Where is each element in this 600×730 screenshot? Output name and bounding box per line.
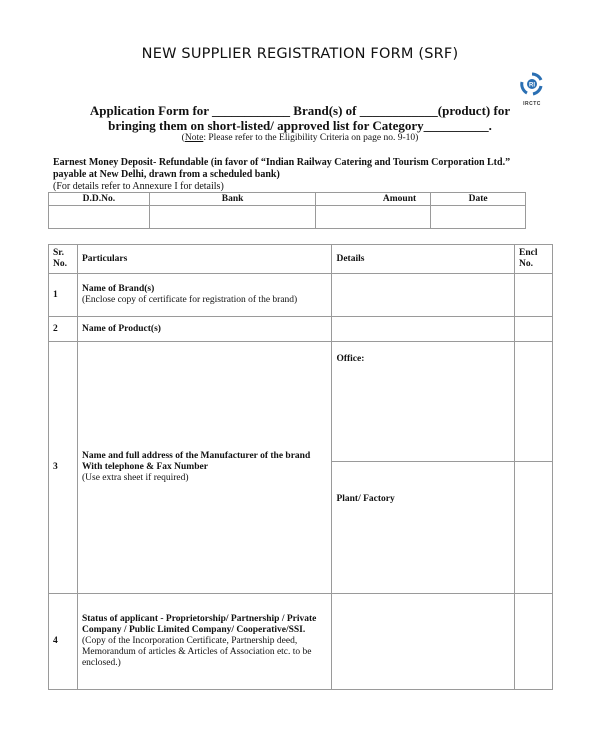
details-field[interactable]: [332, 274, 515, 317]
particulars-cell: Name and full address of the Manufacture…: [77, 342, 331, 594]
particulars-cell: Status of applicant - Proprietorship/ Pa…: [77, 594, 331, 690]
irctc-logo: RI IRCTC: [512, 72, 552, 106]
emd-col-bank: Bank: [149, 193, 316, 206]
particular-note: (Use extra sheet if required): [82, 473, 331, 484]
col-particulars: Particulars: [77, 245, 331, 274]
emd-col-dd-no: D.D.No.: [49, 193, 150, 206]
col-encl-no: Encl No.: [515, 245, 553, 274]
office-label: Office:: [336, 354, 364, 364]
emd-col-amount: Amount: [316, 193, 431, 206]
date-field[interactable]: [431, 206, 526, 229]
bank-field[interactable]: [149, 206, 316, 229]
encl-field[interactable]: [515, 462, 553, 594]
note-text: : Please refer to the Eligibility Criter…: [203, 133, 418, 143]
details-field[interactable]: [332, 317, 515, 342]
particulars-table: Sr. No. Particulars Details Encl No. 1 N…: [48, 244, 553, 690]
encl-field[interactable]: [515, 594, 553, 690]
col-sr-no: Sr. No.: [49, 245, 78, 274]
sr-no: 3: [49, 342, 78, 594]
emd-header-row: D.D.No. Bank Amount Date: [49, 193, 526, 206]
plant-address-field[interactable]: Plant/ Factory: [332, 462, 515, 594]
svg-text:RI: RI: [529, 83, 535, 89]
application-intro: Application Form for ____________ Brand(…: [0, 103, 600, 133]
sr-no: 2: [49, 317, 78, 342]
table-row: 1 Name of Brand(s) (Enclose copy of cert…: [49, 274, 553, 317]
table-header-row: Sr. No. Particulars Details Encl No.: [49, 245, 553, 274]
emd-section: Earnest Money Deposit- Refundable (in fa…: [53, 157, 533, 193]
emd-table: D.D.No. Bank Amount Date: [48, 192, 526, 229]
dd-no-field[interactable]: [49, 206, 150, 229]
intro-line-1: Application Form for ____________ Brand(…: [0, 103, 600, 118]
encl-field[interactable]: [515, 274, 553, 317]
particular-title: Name of Brand(s): [82, 284, 331, 295]
col-details: Details: [332, 245, 515, 274]
irctc-logo-icon: RI: [519, 72, 545, 96]
emd-entry-row: [49, 206, 526, 229]
plant-label: Plant/ Factory: [336, 494, 394, 504]
intro-line-2: bringing them on short-listed/ approved …: [0, 118, 600, 133]
particular-title: Status of applicant - Proprietorship/ Pa…: [82, 614, 327, 636]
eligibility-note: (Note: Please refer to the Eligibility C…: [0, 133, 600, 143]
sr-no: 1: [49, 274, 78, 317]
sr-no: 4: [49, 594, 78, 690]
note-label: Note: [185, 133, 203, 143]
particular-note: (Enclose copy of certificate for registr…: [82, 295, 331, 306]
table-row: 2 Name of Product(s): [49, 317, 553, 342]
particular-title-2: With telephone & Fax Number: [82, 462, 331, 473]
encl-field[interactable]: [515, 317, 553, 342]
table-row: 4 Status of applicant - Proprietorship/ …: [49, 594, 553, 690]
emd-heading: Earnest Money Deposit- Refundable (in fa…: [53, 157, 533, 181]
table-row: 3 Name and full address of the Manufactu…: [49, 342, 553, 462]
amount-field[interactable]: [316, 206, 431, 229]
details-field[interactable]: [332, 594, 515, 690]
particular-note: (Copy of the Incorporation Certificate, …: [82, 636, 327, 669]
particulars-cell: Name of Brand(s) (Enclose copy of certif…: [77, 274, 331, 317]
particular-title: Name of Product(s): [77, 317, 331, 342]
particular-title: Name and full address of the Manufacture…: [82, 451, 331, 462]
office-address-field[interactable]: Office:: [332, 342, 515, 462]
encl-field[interactable]: [515, 342, 553, 462]
emd-col-date: Date: [431, 193, 526, 206]
form-title: NEW SUPPLIER REGISTRATION FORM (SRF): [0, 46, 600, 62]
